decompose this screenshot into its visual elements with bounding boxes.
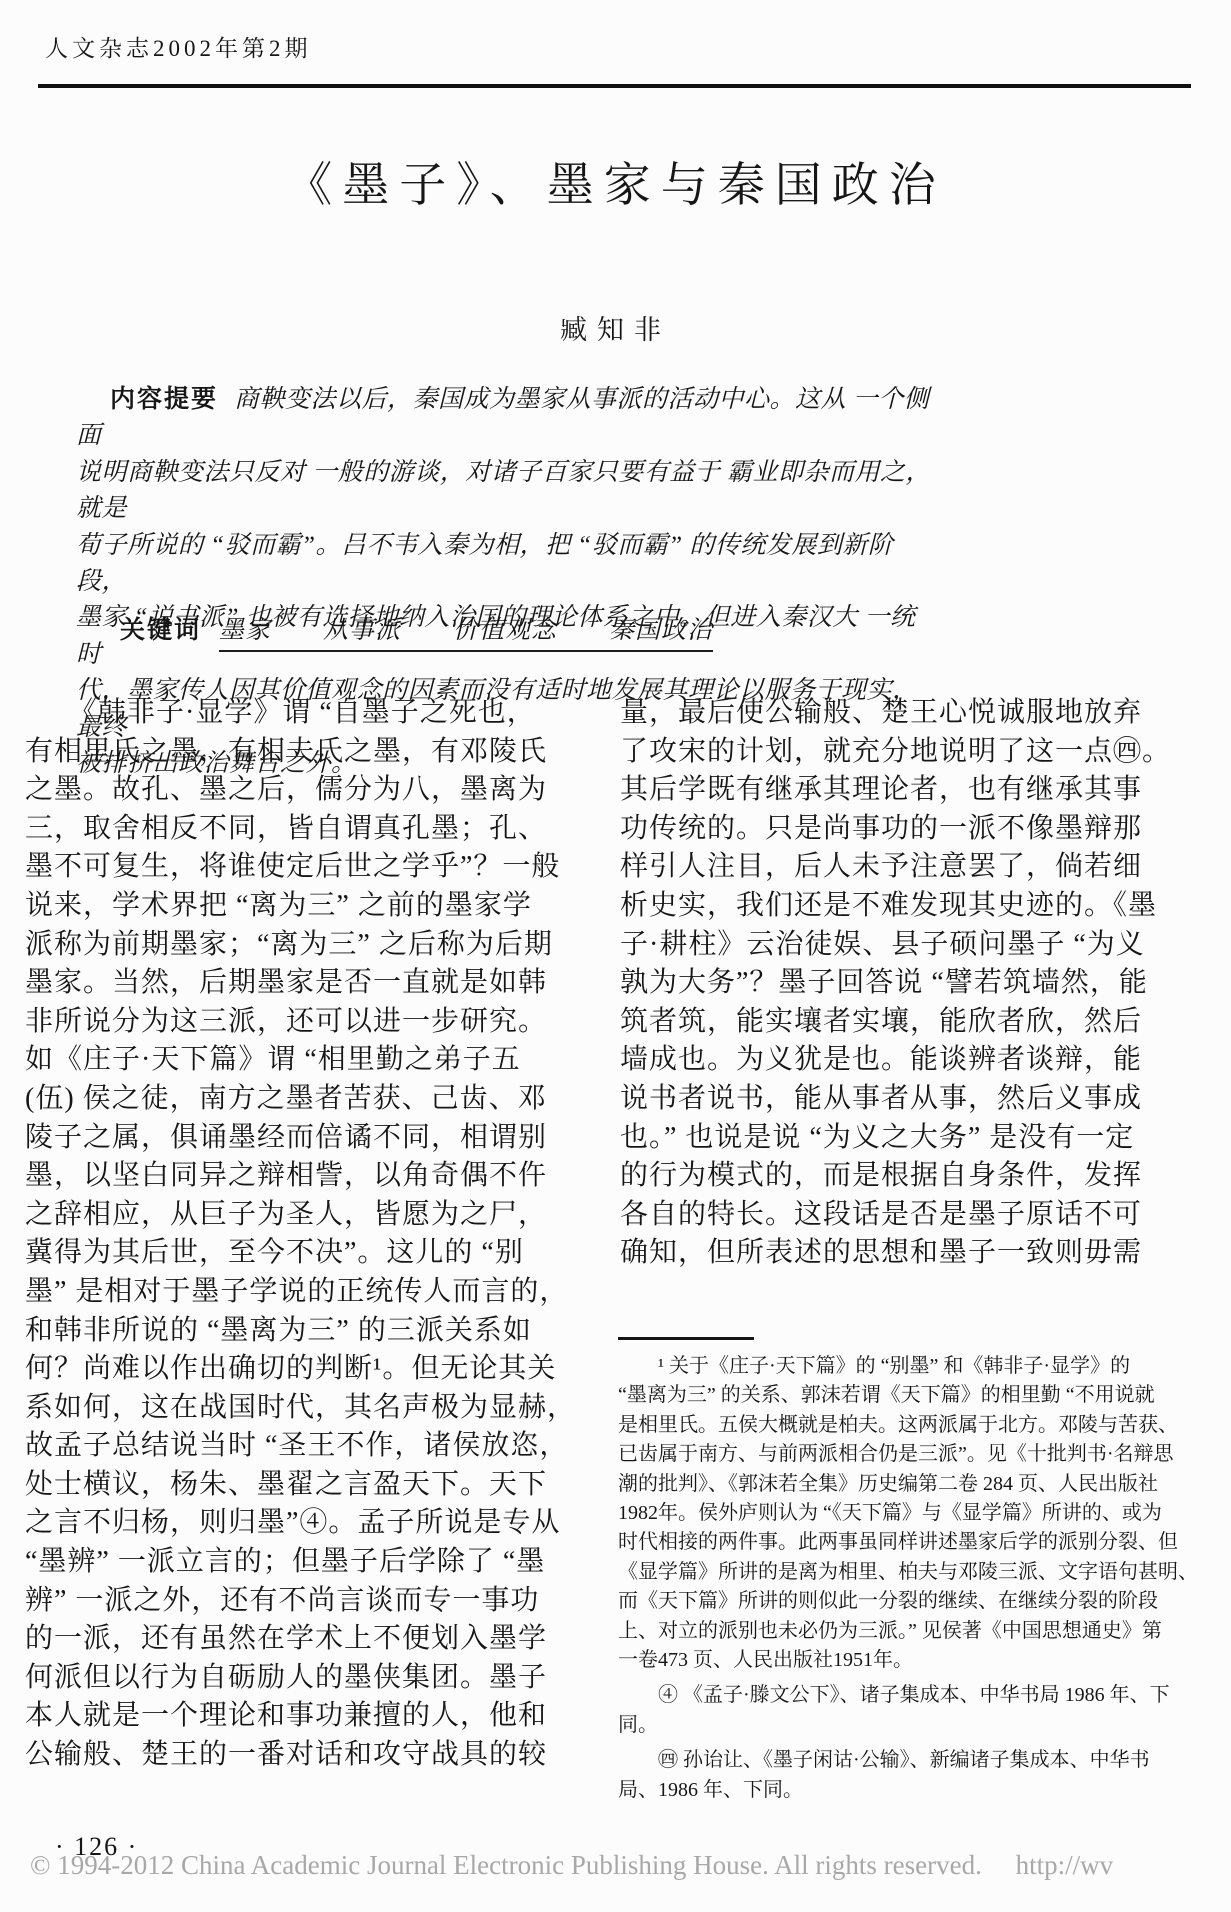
journal-header: 人文杂志2002年第2期	[45, 30, 312, 63]
journal-page: 人文杂志2002年第2期 《墨子》、墨家与秦国政治 臧知非 内容提要商鞅变法以后…	[0, 0, 1231, 1912]
article-title: 《墨子》、墨家与秦国政治	[0, 148, 1231, 215]
keywords-label: 关键词	[120, 616, 201, 644]
copyright-watermark: © 1994-2012 China Academic Journal Elect…	[30, 1850, 1231, 1881]
body-left-column: 《韩非子·显学》谓 “自墨子之死也，有相里氏之墨，有相夫氏之墨，有邓陵氏之墨。故…	[25, 694, 591, 1775]
keywords-row: 关键词墨家 从事派 价值观念 秦国政治	[76, 610, 940, 646]
footnotes-block: ¹ 关于《庄子·天下篇》的 “别墨” 和《韩非子·显学》的“墨离为三” 的关系、…	[618, 1352, 1192, 1805]
footnote-rule	[618, 1337, 754, 1340]
keywords-text: 墨家 从事派 价值观念 秦国政治	[219, 617, 713, 652]
header-rule	[38, 84, 1191, 88]
article-author: 臧知非	[0, 308, 1231, 347]
abstract-first-line: 内容提要商鞅变法以后，秦国成为墨家从事派的活动中心。这从 一个侧面	[76, 381, 940, 455]
body-right-column: 量，最后使公输般、楚王心悦诚服地放弃了攻宋的计划，就充分地说明了这一点㊃。其后学…	[620, 694, 1190, 1273]
abstract-label: 内容提要	[110, 385, 218, 413]
